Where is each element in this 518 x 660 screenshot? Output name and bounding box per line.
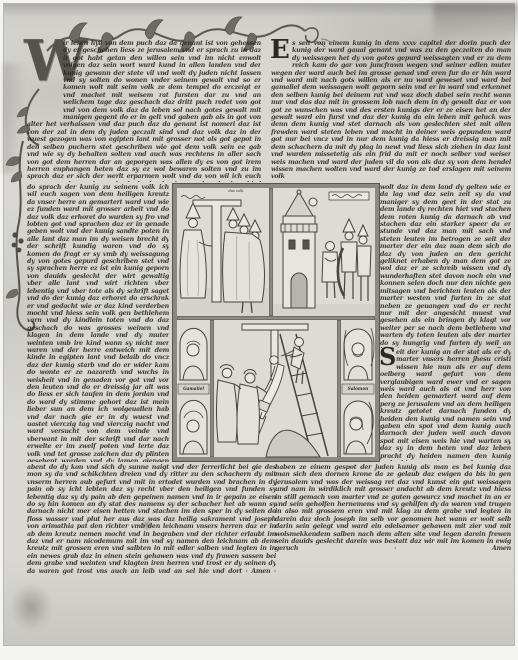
- left-column-top-body: ir lesen hye von dem puch daz da genant …: [27, 40, 261, 182]
- right-column-side-lower-body: eit der kunig an der stat als er dy mart…: [380, 349, 511, 461]
- prophet-bust-2: [180, 400, 207, 454]
- left-column-side-text: do sprach der kunig zu seinem volk ich w…: [27, 184, 169, 462]
- stain: [433, 3, 518, 43]
- right-column-side-text-lower: eit der kunig an der stat als er dy mart…: [380, 349, 511, 461]
- initial-spacer: [27, 40, 63, 120]
- initial-e: E: [270, 37, 290, 63]
- label-gamaliel: Gamaliel: [177, 386, 210, 391]
- prophet-bust-3: [344, 328, 374, 380]
- manuscript-page: W ir lesen hye von dem puch daz da genan…: [3, 3, 515, 646]
- panel-bishop-and-crowd: [177, 188, 269, 316]
- left-column-bottom-text: abent do dy kon vnd sich dy sunne naigt …: [27, 464, 276, 621]
- caption-crowd: das volk: [219, 189, 253, 193]
- miniature-frame: das volk Gamaliel Salomon: [173, 184, 379, 461]
- panel-deposition-scene: [214, 320, 337, 457]
- right-column-top-text: s seit von einem kunig in dem xxxv capit…: [271, 40, 511, 182]
- right-column-top-body: s seit von einem kunig in dem xxxv capit…: [271, 40, 511, 180]
- panel-tower-scene: [273, 188, 375, 316]
- head-at-tower-top: [309, 198, 317, 206]
- caption-banderole: [329, 192, 369, 200]
- manuscript-photo: W ir lesen hye von dem puch daz da genan…: [0, 0, 518, 660]
- label-salomon: Salomon: [341, 386, 375, 391]
- initial-s: S: [379, 345, 396, 369]
- prophet-bust-1: [180, 328, 207, 380]
- prophet-bust-4: [344, 401, 373, 454]
- right-column-bottom-text: haben ze einem gespot der juden kunig al…: [275, 464, 511, 606]
- right-column-side-text-upper: wolt daz in dem land dy gelten wie er da…: [380, 184, 511, 348]
- left-column-top-text: ir lesen hye von dem puch daz da genant …: [27, 40, 261, 182]
